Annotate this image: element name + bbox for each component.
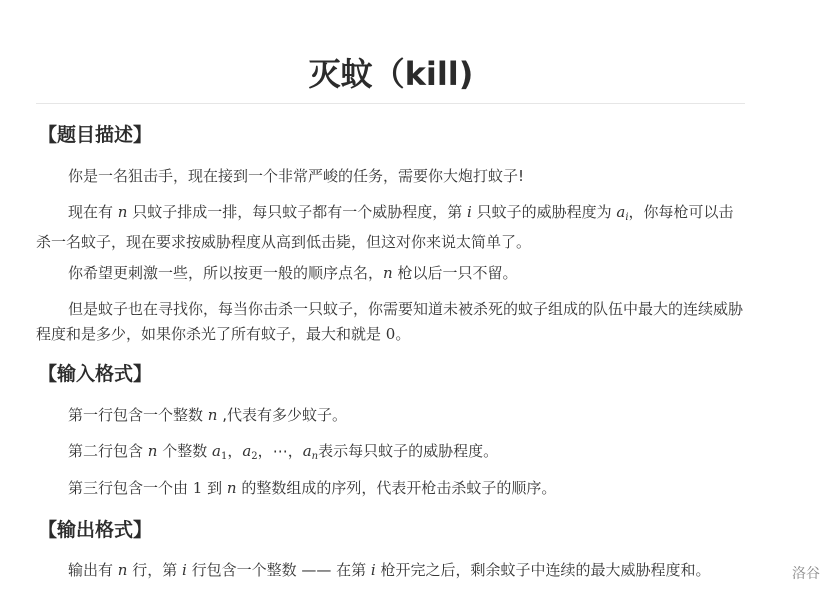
math-n: n xyxy=(208,406,218,424)
title-divider xyxy=(36,103,745,104)
text: ， xyxy=(227,442,242,460)
text: ,代表有多少蚊子。 xyxy=(217,406,347,424)
text: 第三行包含一个由 xyxy=(68,479,193,497)
section-heading-input: 【输入格式】 xyxy=(38,361,152,387)
math-n: n xyxy=(383,264,393,282)
math-a1: a xyxy=(212,442,221,460)
text: 你希望更刺激一些，所以按更一般的顺序点名， xyxy=(68,264,383,282)
math-zero: 0 xyxy=(386,325,396,343)
text: 枪开完之后，剩余蚊子中连续的最大威胁程度和。 xyxy=(376,561,711,579)
text: 只蚊子的威胁程度为 xyxy=(472,203,617,221)
text: 个整数 xyxy=(157,442,212,460)
text: ， xyxy=(288,442,303,460)
input-paragraph-2: 第二行包含 n 个整数 a1，a2，⋯，an表示每只蚊子的威胁程度。 xyxy=(36,439,746,469)
math-n: n xyxy=(148,442,158,460)
math-n: n xyxy=(227,479,237,497)
math-dots: ⋯ xyxy=(273,442,288,460)
text: 输出有 xyxy=(68,561,118,579)
text: 第一行包含一个整数 xyxy=(68,406,208,424)
section-heading-output: 【输出格式】 xyxy=(38,517,152,543)
text: 只蚊子排成一排，每只蚊子都有一个威胁程度，第 xyxy=(127,203,467,221)
description-paragraph-1: 你是一名狙击手，现在接到一个非常严峻的任务，需要你大炮打蚊子! xyxy=(36,164,746,189)
description-paragraph-3: 你希望更刺激一些，所以按更一般的顺序点名，n 枪以后一只不留。 xyxy=(36,261,746,286)
math-a2: a xyxy=(242,442,251,460)
output-paragraph-1: 输出有 n 行，第 i 行包含一个整数 —— 在第 i 枪开完之后，剩余蚊子中连… xyxy=(36,558,746,583)
math-a: a xyxy=(616,203,625,221)
text: 行，第 xyxy=(127,561,182,579)
text: 现在有 xyxy=(68,203,118,221)
text: 表示每只蚊子的威胁程度。 xyxy=(318,442,498,460)
input-paragraph-3: 第三行包含一个由 1 到 n 的整数组成的序列，代表开枪击杀蚊子的顺序。 xyxy=(36,476,746,501)
math-an: a xyxy=(303,442,312,460)
section-heading-description: 【题目描述】 xyxy=(38,122,152,148)
description-paragraph-4: 但是蚊子也在寻找你，每当你击杀一只蚊子，你需要知道未被杀死的蚊子组成的队伍中最大… xyxy=(36,297,746,347)
text: ， xyxy=(258,442,273,460)
text: 行包含一个整数 —— 在第 xyxy=(187,561,371,579)
math-n: n xyxy=(118,203,128,221)
text: 到 xyxy=(202,479,227,497)
text: 第二行包含 xyxy=(68,442,148,460)
text: 。 xyxy=(395,325,410,343)
math-n: n xyxy=(118,561,128,579)
luogu-watermark: 洛谷 xyxy=(792,563,820,583)
text: 的整数组成的序列，代表开枪击杀蚊子的顺序。 xyxy=(237,479,557,497)
page-title: 灭蚊（kill) xyxy=(36,50,746,98)
description-paragraph-2: 现在有 n 只蚊子排成一排，每只蚊子都有一个威胁程度，第 i 只蚊子的威胁程度为… xyxy=(36,200,746,255)
text: 枪以后一只不留。 xyxy=(393,264,518,282)
math-one: 1 xyxy=(193,479,203,497)
input-paragraph-1: 第一行包含一个整数 n ,代表有多少蚊子。 xyxy=(36,403,746,428)
